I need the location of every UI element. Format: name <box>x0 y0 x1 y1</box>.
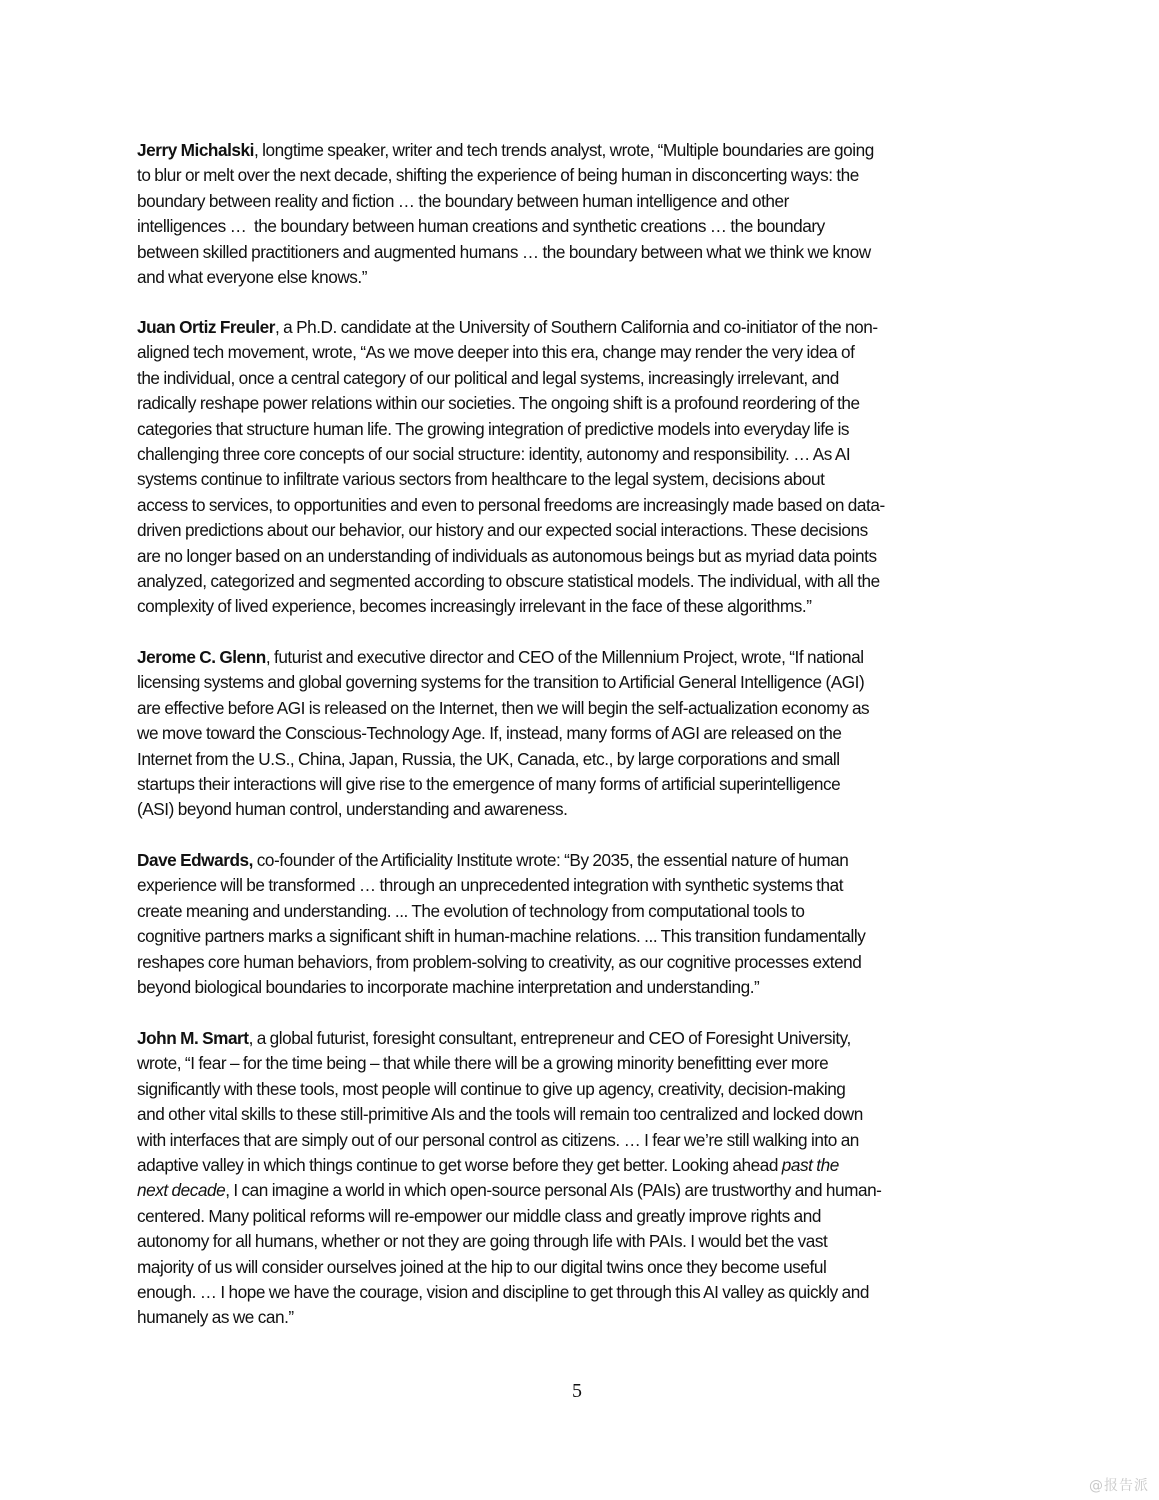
text-line: startups their interactions will give ri… <box>137 772 1037 797</box>
text-line: reshapes core human behaviors, from prob… <box>137 950 1037 975</box>
speaker-name: Dave Edwards, <box>137 850 253 870</box>
text-line: with interfaces that are simply out of o… <box>137 1128 1037 1153</box>
text-line: are effective before AGI is released on … <box>137 696 1037 721</box>
text-line: experience will be transformed … through… <box>137 873 1037 898</box>
text-line: Juan Ortiz Freuler, a Ph.D. candidate at… <box>137 315 1037 340</box>
text-line: categories that structure human life. Th… <box>137 417 1037 442</box>
text-line: wrote, “I fear – for the time being – th… <box>137 1051 1037 1076</box>
text-line: licensing systems and global governing s… <box>137 670 1037 695</box>
text-line: systems continue to infiltrate various s… <box>137 467 1037 492</box>
text-line: intelligences … the boundary between hum… <box>137 214 1037 239</box>
text-line: beyond biological boundaries to incorpor… <box>137 975 1037 1000</box>
paragraph-dave-edwards: Dave Edwards, co-founder of the Artifici… <box>137 848 1037 1000</box>
text-line: the individual, once a central category … <box>137 366 1037 391</box>
text-line: autonomy for all humans, whether or not … <box>137 1229 1037 1254</box>
speaker-name: John M. Smart <box>137 1028 249 1048</box>
text-line: challenging three core concepts of our s… <box>137 442 1037 467</box>
text-line: complexity of lived experience, becomes … <box>137 594 1037 619</box>
italic-emphasis: past the <box>782 1155 839 1175</box>
text-line: and what everyone else knows.” <box>137 265 1037 290</box>
text-line: (ASI) beyond human control, understandin… <box>137 797 1037 822</box>
watermark: @报告派 <box>1089 1475 1149 1495</box>
text-line: analyzed, categorized and segmented acco… <box>137 569 1037 594</box>
speaker-name: Jerry Michalski <box>137 140 254 160</box>
text-line: access to services, to opportunities and… <box>137 493 1037 518</box>
text-line: John M. Smart, a global futurist, foresi… <box>137 1026 1037 1051</box>
text-line: enough. … I hope we have the courage, vi… <box>137 1280 1037 1305</box>
italic-emphasis: next decade <box>137 1180 225 1200</box>
page-number: 5 <box>572 1380 582 1403</box>
text-line: centered. Many political reforms will re… <box>137 1204 1037 1229</box>
text-line: majority of us will consider ourselves j… <box>137 1255 1037 1280</box>
text-line: significantly with these tools, most peo… <box>137 1077 1037 1102</box>
text-line: between skilled practitioners and augmen… <box>137 240 1037 265</box>
speaker-name: Jerome C. Glenn <box>137 647 266 667</box>
text-line: aligned tech movement, wrote, “As we mov… <box>137 340 1037 365</box>
text-line: driven predictions about our behavior, o… <box>137 518 1037 543</box>
text-line: radically reshape power relations within… <box>137 391 1037 416</box>
text-line: Jerry Michalski, longtime speaker, write… <box>137 138 1037 163</box>
text-line: next decade, I can imagine a world in wh… <box>137 1178 1037 1203</box>
speaker-name: Juan Ortiz Freuler <box>137 317 275 337</box>
text-line: boundary between reality and fiction … t… <box>137 189 1037 214</box>
paragraph-jerry-michalski: Jerry Michalski, longtime speaker, write… <box>137 138 1037 290</box>
text-line: adaptive valley in which things continue… <box>137 1153 1037 1178</box>
text-line: we move toward the Conscious-Technology … <box>137 721 1037 746</box>
text-line: and other vital skills to these still-pr… <box>137 1102 1037 1127</box>
text-line: Jerome C. Glenn, futurist and executive … <box>137 645 1037 670</box>
text-line: to blur or melt over the next decade, sh… <box>137 163 1037 188</box>
text-line: cognitive partners marks a significant s… <box>137 924 1037 949</box>
text-line: are no longer based on an understanding … <box>137 544 1037 569</box>
paragraph-jerome-glenn: Jerome C. Glenn, futurist and executive … <box>137 645 1037 823</box>
text-line: humanely as we can.” <box>137 1305 1037 1330</box>
text-line: create meaning and understanding. ... Th… <box>137 899 1037 924</box>
document-page: Jerry Michalski, longtime speaker, write… <box>0 0 1159 1500</box>
text-line: Internet from the U.S., China, Japan, Ru… <box>137 747 1037 772</box>
paragraph-john-smart: John M. Smart, a global futurist, foresi… <box>137 1026 1037 1331</box>
paragraph-juan-ortiz-freuler: Juan Ortiz Freuler, a Ph.D. candidate at… <box>137 315 1037 620</box>
text-line: Dave Edwards, co-founder of the Artifici… <box>137 848 1037 873</box>
